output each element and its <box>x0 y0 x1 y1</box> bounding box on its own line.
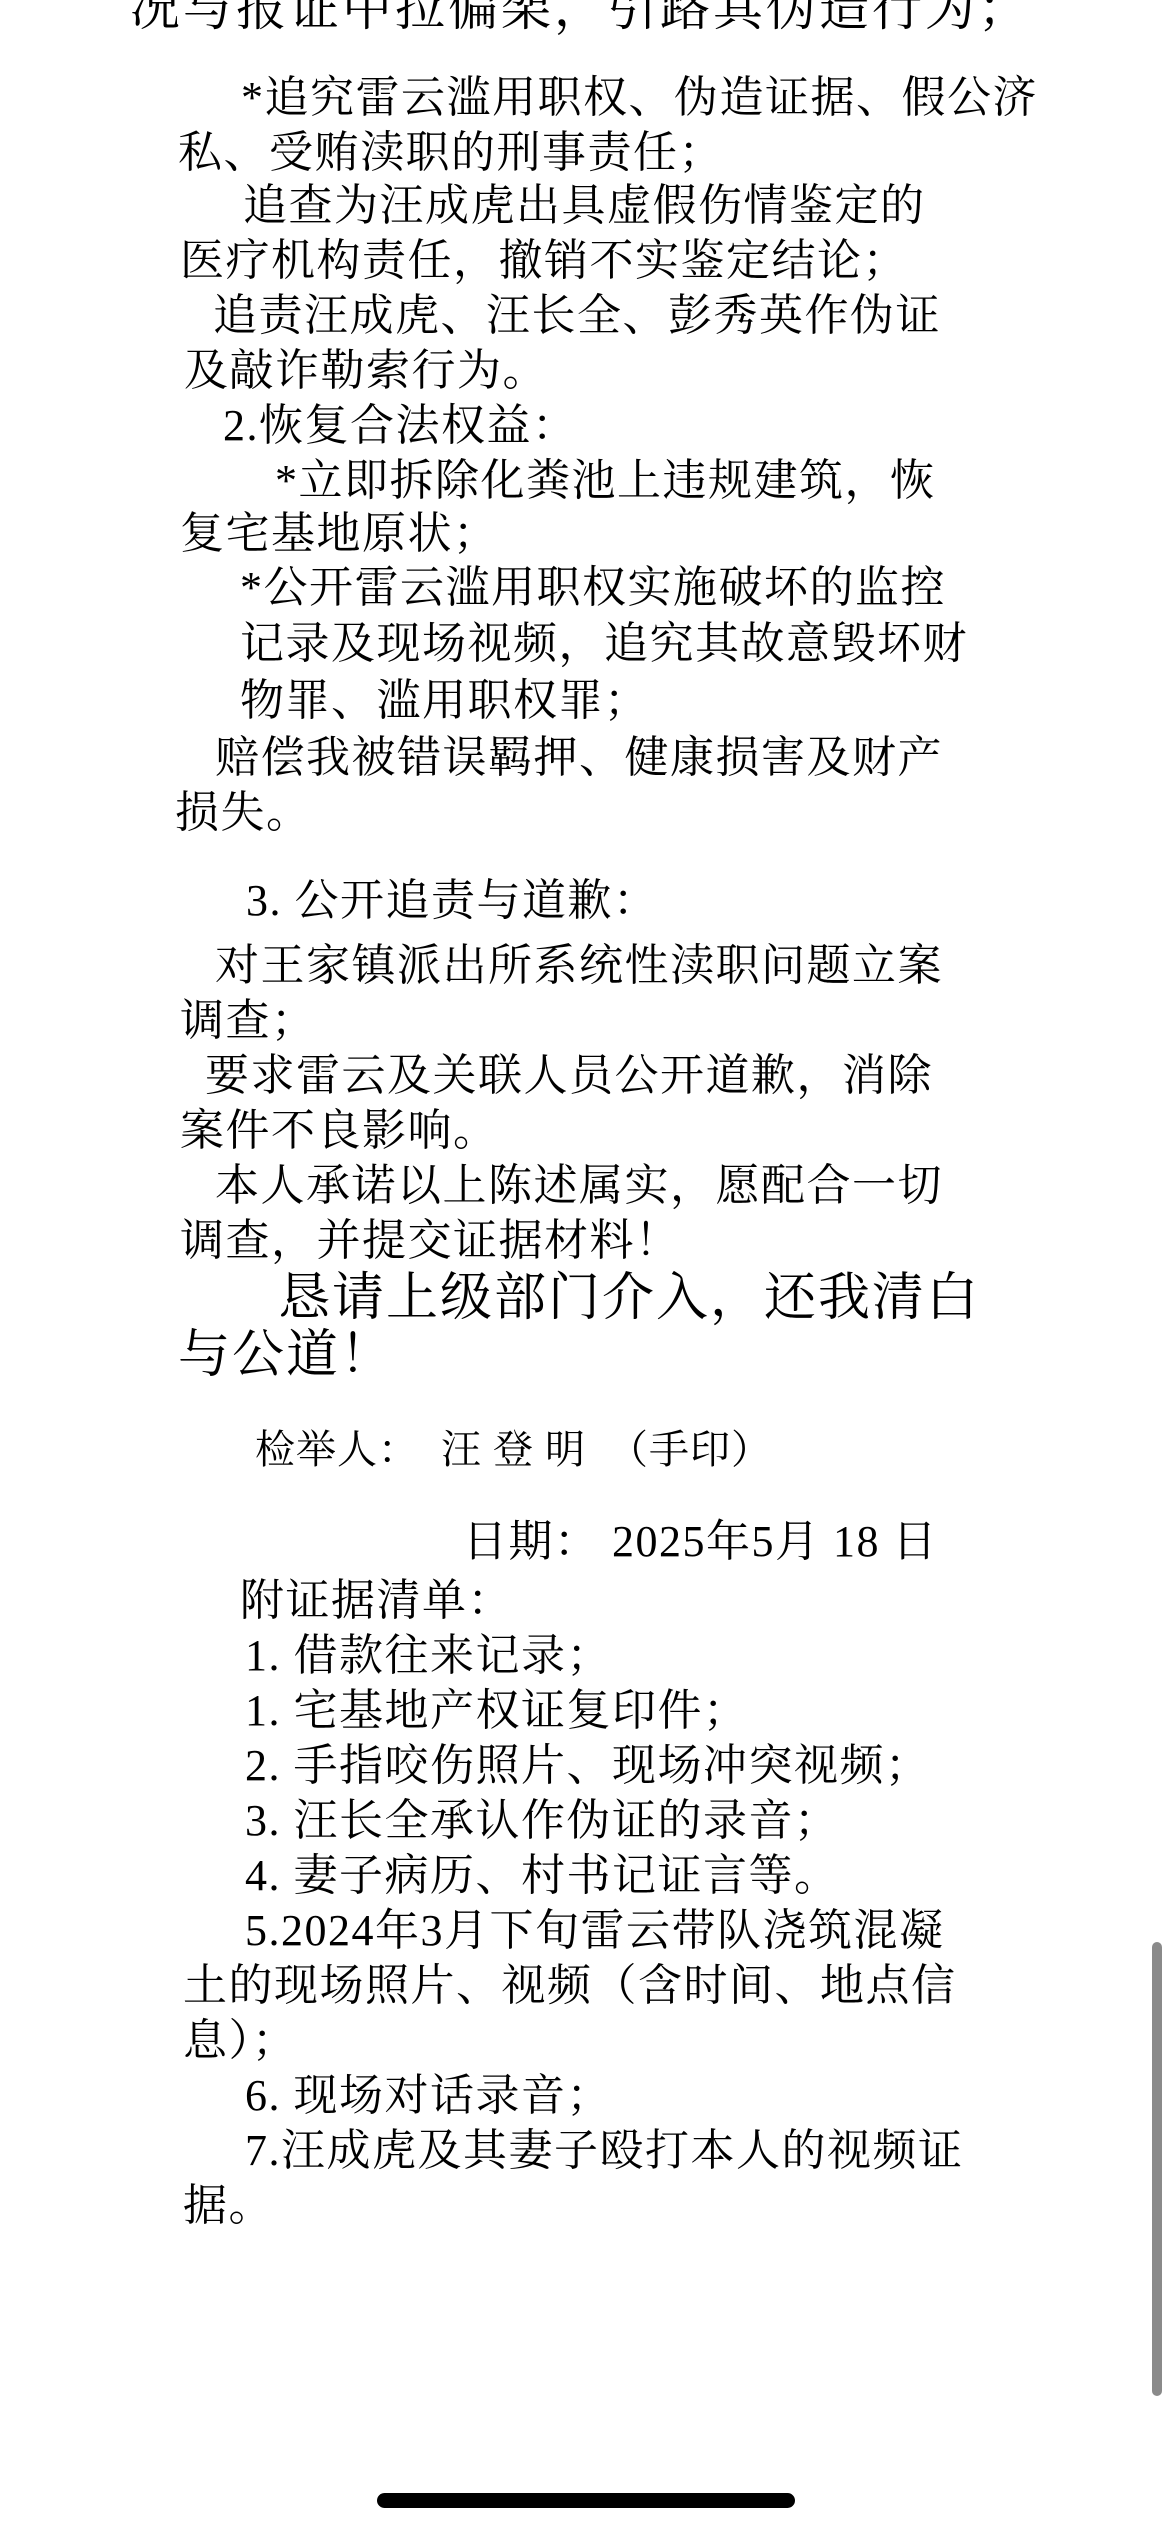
document-line: 记录及现场视频，追究其故意毁坏财 <box>240 620 968 668</box>
scrollbar-thumb[interactable] <box>1152 1942 1162 2396</box>
document-line: 及敲诈勒索行为。 <box>184 347 548 395</box>
document-line: *公开雷云滥用职权实施破坏的监控 <box>240 564 946 612</box>
document-line: 要求雷云及关联人员公开道歉，消除 <box>205 1052 933 1100</box>
document-line: 7.汪成虎及其妻子殴打本人的视频证 <box>245 2127 964 2175</box>
document-line: 2.恢复合法权益： <box>223 402 578 450</box>
document-line: 6. 现场对话录音； <box>245 2072 612 2120</box>
document-line: 3. 公开追责与道歉： <box>246 877 659 925</box>
document-line: *立即拆除化粪池上违规建筑，恢 <box>275 457 936 505</box>
document-line: 恳请上级部门介入，还我清白 <box>278 1270 980 1327</box>
document-line: 调查，并提交证据材料！ <box>180 1217 681 1265</box>
document-line: 案件不良影响。 <box>180 1107 499 1155</box>
document-line: 检举人： 汪 登 明 （手印） <box>255 1428 772 1472</box>
document-line: 1. 借款往来记录； <box>245 1632 612 1680</box>
document-line: 医疗机构责任，撤销不实鉴定结论； <box>180 237 908 285</box>
document-line: 私、受贿渎职的刑事责任； <box>178 129 724 177</box>
document-line: 与公道！ <box>178 1327 394 1384</box>
document-line: 损失。 <box>175 789 312 837</box>
document-line: 物罪、滥用职权罪； <box>240 677 650 725</box>
home-indicator-bar[interactable] <box>377 2493 795 2508</box>
document-line: 3. 汪长全承认作伪证的录音； <box>245 1797 840 1845</box>
document-line: 复宅基地原状； <box>180 510 499 558</box>
document-viewport[interactable]: 况与报证中拉偏架，引路其伪造行为； *追究雷云滥用职权、伪造证据、假公济私、受贿… <box>0 0 1170 2532</box>
document-line: 5.2024年3月下旬雷云带队浇筑混凝 <box>245 1907 945 1955</box>
document-line: 附证据清单： <box>240 1577 513 1625</box>
document-line: 对王家镇派出所系统性渎职问题立案 <box>215 942 943 990</box>
document-line: *追究雷云滥用职权、伪造证据、假公济 <box>241 74 1038 122</box>
document-line: 追查为汪成虎出具虚假伤情鉴定的 <box>243 182 926 230</box>
document-line: 本人承诺以上陈述属实，愿配合一切 <box>215 1162 943 1210</box>
document-line: 息）； <box>183 2017 298 2065</box>
document-line: 2. 手指咬伤照片、现场冲突视频； <box>245 1742 931 1790</box>
document-line: 土的现场照片、视频（含时间、地点信 <box>183 1962 957 2010</box>
document-line-clipped: 况与报证中拉偏架，引路其伪造行为； <box>130 0 1031 40</box>
document-line: 追责汪成虎、汪长全、彭秀英作伪证 <box>213 292 941 340</box>
document-line: 赔偿我被错误羁押、健康损害及财产 <box>215 734 943 782</box>
document-line: 1. 宅基地产权证复印件； <box>245 1687 749 1735</box>
document-line: 4. 妻子病历、村书记证言等。 <box>245 1852 840 1900</box>
document-line: 调查； <box>180 997 317 1045</box>
document-line: 日期： 2025年5月 18 日 <box>463 1518 938 1566</box>
document-line: 据。 <box>183 2182 274 2230</box>
